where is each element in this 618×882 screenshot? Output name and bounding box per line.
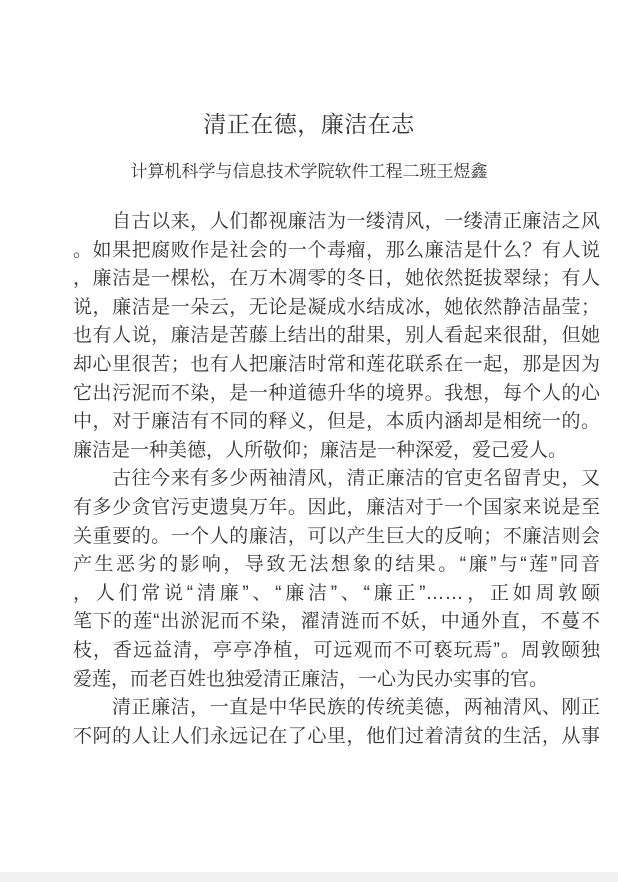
text-line: 。如果把腐败作是社会的一个毒瘤，那么廉洁是什么？有人说 <box>73 237 600 266</box>
text-line: 清正廉洁，一直是中华民族的传统美德，两袖清风、刚正 <box>73 694 600 723</box>
paragraph: 古往今来有多少两袖清风，清正廉洁的官吏名留青史，又有多少贪官污吏遗臭万年。因此，… <box>73 465 600 694</box>
document-page: 清正在德，廉洁在志 计算机科学与信息技术学院软件工程二班王煜鑫 自古以来，人们都… <box>0 0 618 882</box>
text-line: 却心里很苦；也有人把廉洁时常和莲花联系在一起，那是因为 <box>73 351 600 380</box>
text-line: 关重要的。一个人的廉洁，可以产生巨大的反响；不廉洁则会 <box>73 523 600 552</box>
text-line: 它出污泥而不染，是一种道德升华的境界。我想，每个人的心 <box>73 380 600 409</box>
page-end-gap <box>0 872 618 882</box>
text-line: 产生恶劣的影响，导致无法想象的结果。“廉”与“莲”同音 <box>73 551 600 580</box>
paragraph: 自古以来，人们都视廉洁为一缕清风，一缕清正廉洁之风。如果把腐败作是社会的一个毒瘤… <box>73 208 600 465</box>
text-line: 笔下的莲“出淤泥而不染，濯清涟而不妖，中通外直，不蔓不 <box>73 608 600 637</box>
document-body: 自古以来，人们都视廉洁为一缕清风，一缕清正廉洁之风。如果把腐败作是社会的一个毒瘤… <box>73 208 600 751</box>
text-line: ，廉洁是一棵松，在万木凋零的冬日，她依然挺拔翠绿；有人 <box>73 265 600 294</box>
text-line: 自古以来，人们都视廉洁为一缕清风，一缕清正廉洁之风 <box>73 208 600 237</box>
paragraph: 清正廉洁，一直是中华民族的传统美德，两袖清风、刚正不阿的人让人们永远记在了心里，… <box>73 694 600 751</box>
text-line: 爱莲，而老百姓也独爱清正廉洁，一心为民办实事的官。 <box>73 666 600 695</box>
text-line: ，人们常说“清廉”、“廉洁”、“廉正”……，正如周敦颐 <box>73 580 600 609</box>
document-title: 清正在德，廉洁在志 <box>0 108 618 140</box>
text-line: 不阿的人让人们永远记在了心里，他们过着清贫的生活，从事 <box>73 723 600 752</box>
text-line: 有多少贪官污吏遗臭万年。因此，廉洁对于一个国家来说是至 <box>73 494 600 523</box>
text-line: 说，廉洁是一朵云，无论是凝成水结成冰，她依然静洁晶莹； <box>73 294 600 323</box>
text-line: 廉洁是一种美德，人所敬仰；廉洁是一种深爱，爱己爱人。 <box>73 437 600 466</box>
text-line: 古往今来有多少两袖清风，清正廉洁的官吏名留青史，又 <box>73 465 600 494</box>
text-line: 也有人说，廉洁是苦藤上结出的甜果，别人看起来很甜，但她 <box>73 322 600 351</box>
text-line: 中，对于廉洁有不同的释义，但是，本质内涵却是相统一的。 <box>73 408 600 437</box>
document-byline: 计算机科学与信息技术学院软件工程二班王煜鑫 <box>0 160 618 184</box>
text-line: 枝，香远益清，亭亭净植，可远观而不可亵玩焉”。周敦颐独 <box>73 637 600 666</box>
